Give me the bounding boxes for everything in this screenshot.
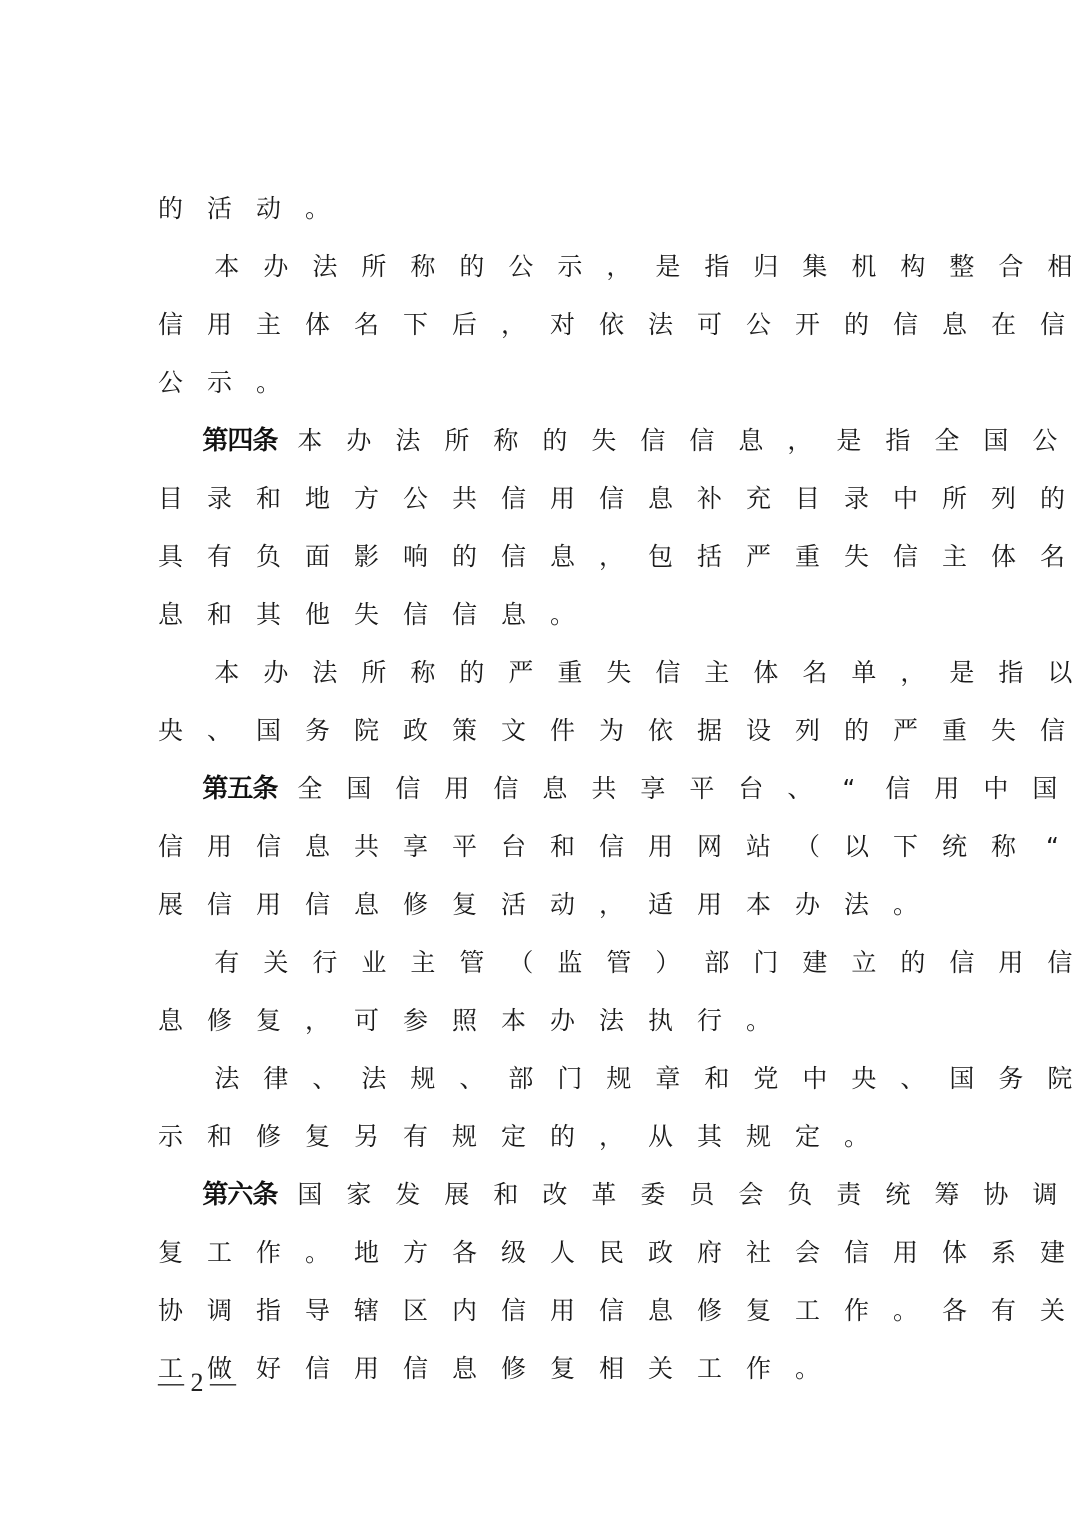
line-text: 全国信用信息共享平台、“信用中国”网站以及地方 xyxy=(285,774,1074,803)
line-text: 展信用信息修复活动，适用本办法。 xyxy=(146,890,930,919)
text-line: 目录和地方公共信用信息补充目录中所列的对信用主体信用状况 xyxy=(146,470,1074,528)
text-line: 工做好信用信息修复相关工作。 xyxy=(146,1340,832,1398)
line-text: 协调指导辖区内信用信息修复工作。各有关部门和单位按职责分 xyxy=(146,1296,1074,1325)
text-line: 协调指导辖区内信用信息修复工作。各有关部门和单位按职责分 xyxy=(146,1282,1074,1340)
line-text: 本办法所称的失信信息，是指全国公共信用信息基础 xyxy=(285,426,1074,455)
line-text: 国家发展和改革委员会负责统筹协调指导信用信息修 xyxy=(285,1180,1074,1209)
line-text: 央、国务院政策文件为依据设列的严重失信主体名单。 xyxy=(146,716,1074,745)
line-text: 本办法所称的公示，是指归集机构整合相关信用信息并记于 xyxy=(202,252,1074,281)
article-line: 第五条全国信用信息共享平台、“信用中国”网站以及地方 xyxy=(202,760,1074,818)
line-text: 公示。 xyxy=(146,368,293,397)
article-line: 第四条本办法所称的失信信息，是指全国公共信用信息基础 xyxy=(202,412,1074,470)
text-line: 本办法所称的严重失信主体名单，是指以法律、法规或党中 xyxy=(202,644,1074,702)
line-text: 信用主体名下后，对依法可公开的信息在信用网站进行集中统一 xyxy=(146,310,1074,339)
text-line: 示和修复另有规定的，从其规定。 xyxy=(146,1108,881,1166)
line-text: 工做好信用信息修复相关工作。 xyxy=(146,1354,832,1383)
text-line: 的活动。 xyxy=(146,180,342,238)
text-line: 具有负面影响的信息，包括严重失信主体名单信息、行政处罚信 xyxy=(146,528,1074,586)
text-line: 央、国务院政策文件为依据设列的严重失信主体名单。 xyxy=(146,702,1074,760)
text-line: 公示。 xyxy=(146,354,293,412)
text-line: 信用信息共享平台和信用网站（以下统称“信用平台网站”）开 xyxy=(146,818,1074,876)
text-line: 复工作。地方各级人民政府社会信用体系建设牵头部门负责统筹 xyxy=(146,1224,1074,1282)
text-line: 本办法所称的公示，是指归集机构整合相关信用信息并记于 xyxy=(202,238,1074,296)
line-text: 示和修复另有规定的，从其规定。 xyxy=(146,1122,881,1151)
line-text: 息修复，可参照本办法执行。 xyxy=(146,1006,783,1035)
article-heading: 第四条 xyxy=(202,426,277,456)
document-page: 的活动。本办法所称的公示，是指归集机构整合相关信用信息并记于信用主体名下后，对依… xyxy=(0,0,1074,1520)
line-text: 有关行业主管（监管）部门建立的信用信息系统开展信用信 xyxy=(202,948,1074,977)
text-line: 有关行业主管（监管）部门建立的信用信息系统开展信用信 xyxy=(202,934,1074,992)
line-text: 的活动。 xyxy=(146,194,342,223)
line-text: 本办法所称的严重失信主体名单，是指以法律、法规或党中 xyxy=(202,658,1074,687)
text-line: 息和其他失信信息。 xyxy=(146,586,587,644)
text-line: 法律、法规、部门规章和党中央、国务院文件对信用信息公 xyxy=(202,1050,1074,1108)
line-text: 具有负面影响的信息，包括严重失信主体名单信息、行政处罚信 xyxy=(146,542,1074,571)
text-line: 展信用信息修复活动，适用本办法。 xyxy=(146,876,930,934)
article-heading: 第六条 xyxy=(202,1180,277,1210)
line-text: 信用信息共享平台和信用网站（以下统称“信用平台网站”）开 xyxy=(146,832,1074,861)
text-line: 息修复，可参照本办法执行。 xyxy=(146,992,783,1050)
line-text: 息和其他失信信息。 xyxy=(146,600,587,629)
article-line: 第六条国家发展和改革委员会负责统筹协调指导信用信息修 xyxy=(202,1166,1074,1224)
line-text: 法律、法规、部门规章和党中央、国务院文件对信用信息公 xyxy=(202,1064,1074,1093)
page-number: — 2 — xyxy=(158,1368,236,1398)
line-text: 复工作。地方各级人民政府社会信用体系建设牵头部门负责统筹 xyxy=(146,1238,1074,1267)
text-line: 信用主体名下后，对依法可公开的信息在信用网站进行集中统一 xyxy=(146,296,1074,354)
line-text: 目录和地方公共信用信息补充目录中所列的对信用主体信用状况 xyxy=(146,484,1074,513)
article-heading: 第五条 xyxy=(202,774,277,804)
